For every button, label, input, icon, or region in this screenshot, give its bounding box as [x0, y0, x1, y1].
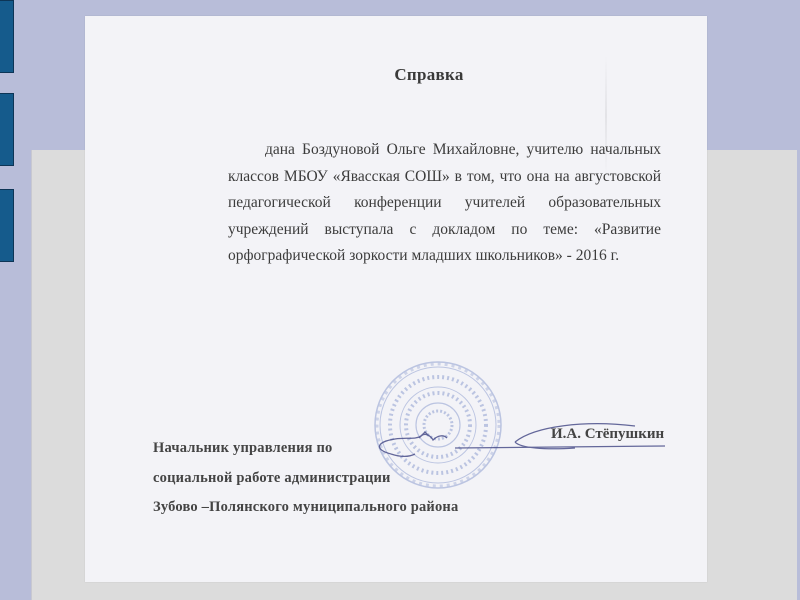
body-line: дана Боздуновой Ольге Михайловне, учител…: [228, 137, 661, 164]
document-title: Справка: [118, 65, 740, 85]
body-line: педагогической конференции учителей обра…: [228, 190, 661, 217]
decor-tab-2: [0, 93, 14, 166]
signatory-position-line-3: Зубово –Полянского муниципального района: [153, 499, 458, 516]
signatory-position-line-1: Начальник управления по: [153, 440, 333, 457]
signatory-name: И.А. Стёпушкин: [551, 426, 664, 443]
scanned-document: Справка дана Боздуновой Ольге Михайловне…: [85, 16, 707, 582]
document-body: дана Боздуновой Ольге Михайловне, учител…: [228, 137, 661, 270]
body-line: учреждений выступала с докладом по теме:…: [228, 217, 661, 244]
signatory-position-line-2: социальной работе администрации: [153, 470, 391, 487]
decor-tab-3: [0, 189, 14, 262]
body-line: орфографической зоркости младших школьни…: [228, 243, 661, 270]
body-line: классов МБОУ «Явасская СОШ» в том, что о…: [228, 164, 661, 191]
decor-tab-1: [0, 0, 14, 73]
